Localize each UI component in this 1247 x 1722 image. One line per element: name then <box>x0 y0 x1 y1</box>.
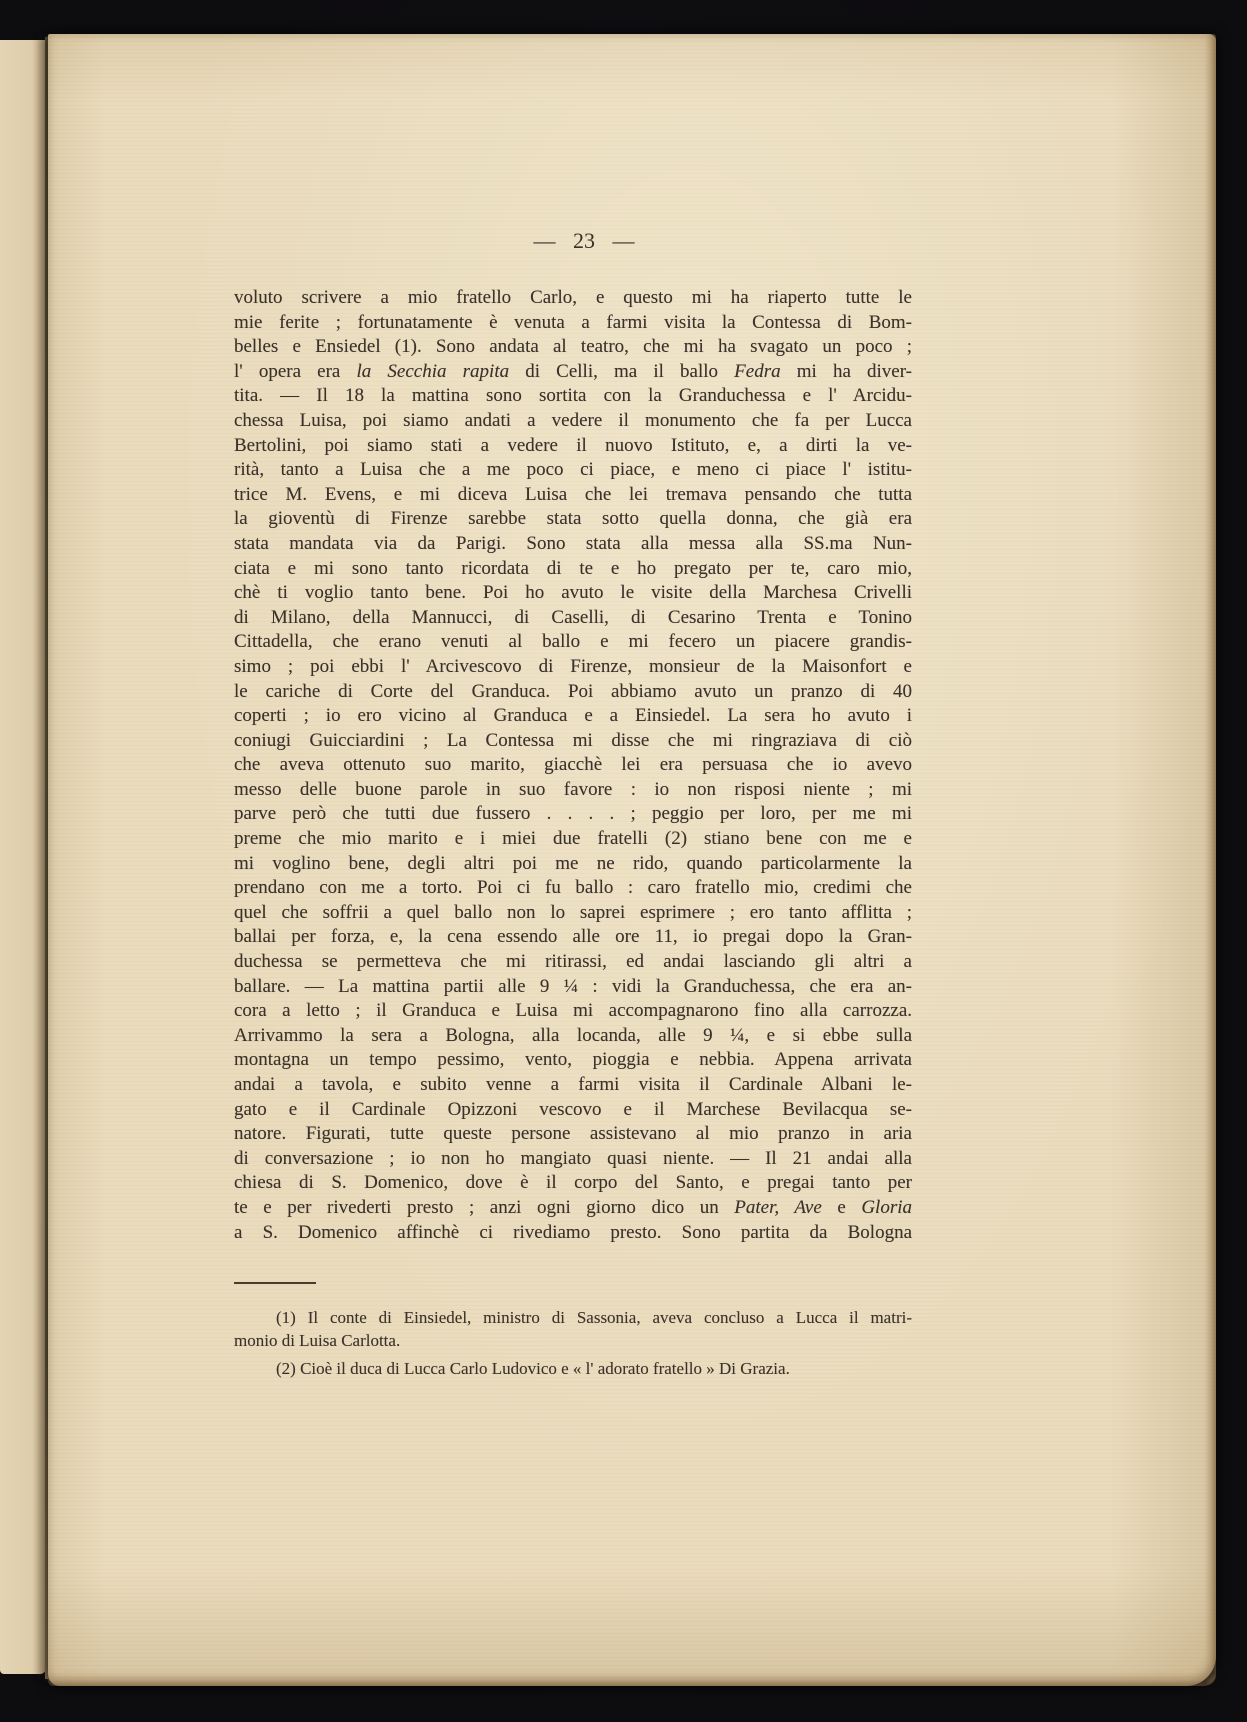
text-line: ciata e mi sono tanto ricordata di te e … <box>234 557 912 582</box>
text-line: l' opera era la Secchia rapita di Celli,… <box>234 360 912 385</box>
text-line: preme che mio marito e i miei due fratel… <box>234 827 912 852</box>
text-line: chè ti voglio tanto bene. Poi ho avuto l… <box>234 581 912 606</box>
text-line: Cittadella, che erano venuti al ballo e … <box>234 630 912 655</box>
text-line: cora a letto ; il Granduca e Luisa mi ac… <box>234 999 912 1024</box>
footnote-2: (2) Cioè il duca di Lucca Carlo Ludovico… <box>234 1357 912 1380</box>
text-line: quel che soffrii a quel ballo non lo sap… <box>234 901 912 926</box>
footnotes: (1) Il conte di Einsiedel, ministro di S… <box>234 1306 912 1380</box>
text-line: coperti ; io ero vicino al Granduca e a … <box>234 704 912 729</box>
text-line: tita. — Il 18 la mattina sono sortita co… <box>234 384 912 409</box>
footnote-line: monio di Luisa Carlotta. <box>234 1329 912 1352</box>
text-line: belles e Ensiedel (1). Sono andata al te… <box>234 335 912 360</box>
book-page: — 23 — voluto scrivere a mio fratello Ca… <box>48 34 1216 1686</box>
text-line: simo ; poi ebbi l' Arcivescovo di Firenz… <box>234 655 912 680</box>
footnote-line: (2) Cioè il duca di Lucca Carlo Ludovico… <box>234 1357 912 1380</box>
text-line: mi voglino bene, degli altri poi me ne r… <box>234 852 912 877</box>
scan-backdrop: — 23 — voluto scrivere a mio fratello Ca… <box>0 0 1247 1722</box>
page-number: — 23 — <box>245 228 923 254</box>
text-line: duchessa se permetteva che mi ritirassi,… <box>234 950 912 975</box>
text-line: di Milano, della Mannucci, di Caselli, d… <box>234 606 912 631</box>
text-line: messo delle buone parole in suo favore :… <box>234 778 912 803</box>
text-line: chiesa di S. Domenico, dove è il corpo d… <box>234 1171 912 1196</box>
text-line: la gioventù di Firenze sarebbe stata sot… <box>234 507 912 532</box>
footnote-line: (1) Il conte di Einsiedel, ministro di S… <box>234 1306 912 1329</box>
body-text: voluto scrivere a mio fratello Carlo, e … <box>234 286 912 1245</box>
text-line: ballare. — La mattina partii alle 9 ¼ : … <box>234 975 912 1000</box>
text-line: Bertolini, poi siamo stati a vedere il n… <box>234 434 912 459</box>
text-line: coniugi Guicciardini ; La Contessa mi di… <box>234 729 912 754</box>
text-line: parve però che tutti due fussero . . . .… <box>234 802 912 827</box>
text-line: a S. Domenico affinchè ci rivediamo pres… <box>234 1221 912 1246</box>
text-line: andai a tavola, e subito venne a farmi v… <box>234 1073 912 1098</box>
text-line: che aveva ottenuto suo marito, giacchè l… <box>234 753 912 778</box>
text-line: stata mandata via da Parigi. Sono stata … <box>234 532 912 557</box>
text-line: mie ferite ; fortunatamente è venuta a f… <box>234 311 912 336</box>
text-line: chessa Luisa, poi siamo andati a vedere … <box>234 409 912 434</box>
page-deckle-edge-bottom <box>48 1673 1216 1686</box>
text-line: ballai per forza, e, la cena essendo all… <box>234 925 912 950</box>
text-line: natore. Figurati, tutte queste persone a… <box>234 1122 912 1147</box>
text-line: trice M. Evens, e mi diceva Luisa che le… <box>234 483 912 508</box>
adjacent-page-edge <box>0 40 46 1674</box>
footnote-1: (1) Il conte di Einsiedel, ministro di S… <box>234 1306 912 1353</box>
text-line: te e per rivederti presto ; anzi ogni gi… <box>234 1196 912 1221</box>
text-line: prendano con me a torto. Poi ci fu ballo… <box>234 876 912 901</box>
text-line: rità, tanto a Luisa che a me poco ci pia… <box>234 458 912 483</box>
footnote-separator <box>234 1282 316 1284</box>
text-line: Arrivammo la sera a Bologna, alla locand… <box>234 1024 912 1049</box>
page-deckle-edge-right <box>1205 34 1216 1686</box>
text-line: le cariche di Corte del Granduca. Poi ab… <box>234 680 912 705</box>
text-line: gato e il Cardinale Opizzoni vescovo e i… <box>234 1098 912 1123</box>
text-line: di conversazione ; io non ho mangiato qu… <box>234 1147 912 1172</box>
text-line: voluto scrivere a mio fratello Carlo, e … <box>234 286 912 311</box>
text-line: montagna un tempo pessimo, vento, pioggi… <box>234 1048 912 1073</box>
